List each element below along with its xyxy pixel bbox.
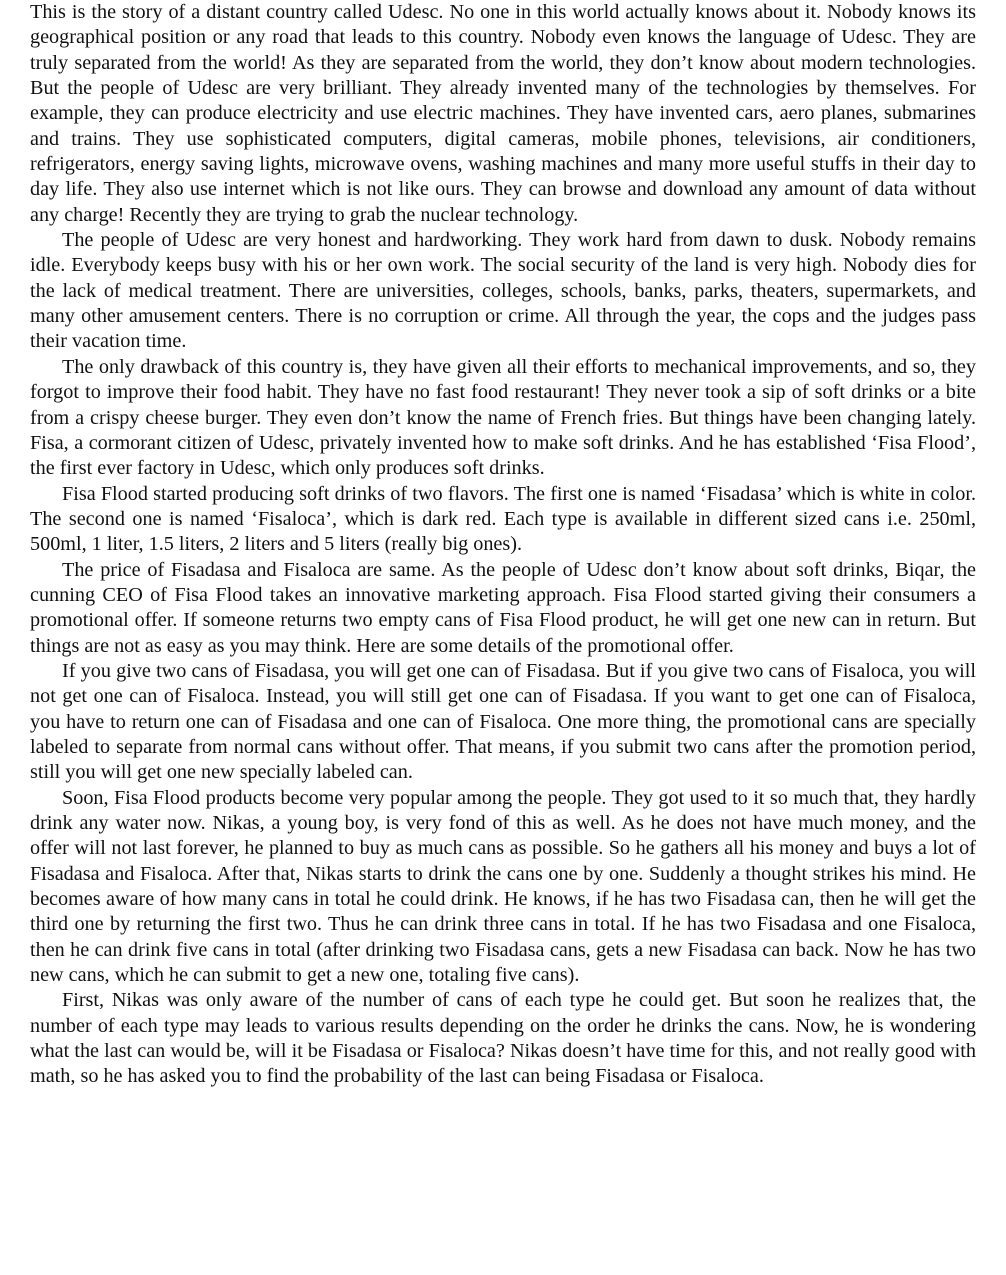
- paragraph-question: First, Nikas was only aware of the numbe…: [30, 988, 976, 1089]
- paragraph-people: The people of Udesc are very honest and …: [30, 228, 976, 355]
- problem-statement: This is the story of a distant country c…: [30, 0, 976, 1090]
- paragraph-flavors: Fisa Flood started producing soft drinks…: [30, 482, 976, 558]
- paragraph-intro: This is the story of a distant country c…: [30, 0, 976, 228]
- paragraph-nikas: Soon, Fisa Flood products become very po…: [30, 786, 976, 989]
- paragraph-promotion: The price of Fisadasa and Fisaloca are s…: [30, 558, 976, 659]
- paragraph-offer-rules: If you give two cans of Fisadasa, you wi…: [30, 659, 976, 786]
- paragraph-drawback: The only drawback of this country is, th…: [30, 355, 976, 482]
